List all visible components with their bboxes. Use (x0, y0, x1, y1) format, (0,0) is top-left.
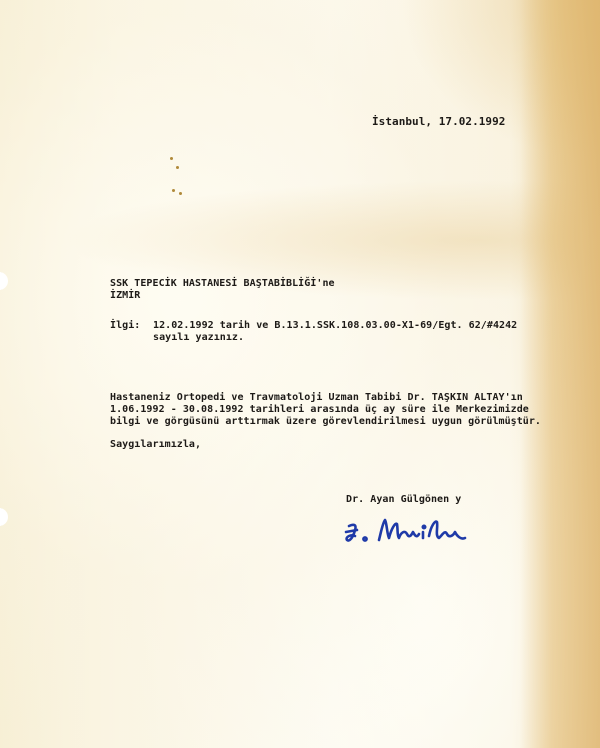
subject-line-2: sayılı yazınız. (153, 332, 244, 344)
closing: Saygılarımızla, (110, 439, 201, 451)
paper-speck (170, 157, 173, 160)
letter-page: İstanbul, 17.02.1992 SSK TEPECİK HASTANE… (0, 0, 600, 748)
punch-hole (0, 272, 8, 290)
punch-hole (0, 508, 8, 526)
subject-line-1: 12.02.1992 tarih ve B.13.1.SSK.108.03.00… (153, 320, 517, 332)
body-line-2: 1.06.1992 - 30.08.1992 tarihleri arasınd… (110, 404, 529, 416)
paper-speck (179, 192, 182, 195)
body-line-3: bilgi ve görgüsünü arttırmak üzere görev… (110, 416, 541, 428)
handwritten-signature (343, 512, 473, 548)
recipient-line-2: İZMİR (110, 290, 140, 302)
signer-name: Dr. Ayan Gülgönen y (346, 494, 461, 506)
recipient-line-1: SSK TEPECİK HASTANESİ BAŞTABİBLİĞİ'ne (110, 278, 335, 290)
paper-speck (172, 189, 175, 192)
paper-speck (176, 166, 179, 169)
paper-stain (400, 0, 600, 160)
place-date: İstanbul, 17.02.1992 (372, 116, 505, 128)
body-line-1: Hastaneniz Ortopedi ve Travmatoloji Uzma… (110, 392, 523, 404)
subject-label: İlgi: (110, 320, 140, 332)
